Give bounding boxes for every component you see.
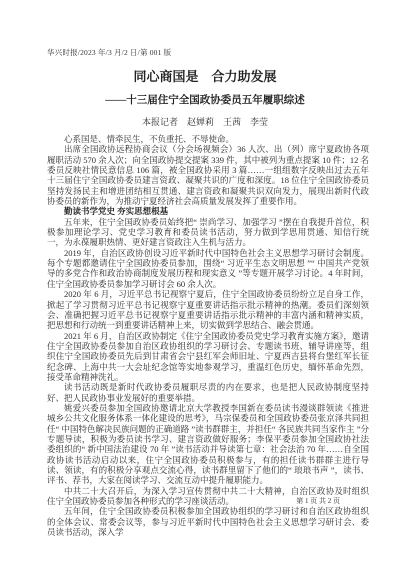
page-number-indicator: 第 1 页 共 2 页	[47, 497, 340, 506]
article-subtitle: ——十三届住宁全国政协委员五年履职综述	[0, 95, 410, 107]
document-page: 华兴时报/2023 年/3 月/2 日/第 001 版 同心商国是 合力助发展 …	[0, 0, 410, 580]
section-heading: 勤读书学党史 夯实思想根基	[47, 206, 369, 216]
body-paragraph: 2021 年 6 月，自治区政协制定《住宁全国政协委员党史学习教育实施方案》，邀…	[47, 331, 369, 383]
body-paragraph: 五年间，住宁全国政协委员积极参加全国政协组织的学习研讨和自治区政协组织的全体会议…	[47, 506, 369, 537]
newspaper-edition-line: 华兴时报/2023 年/3 月/2 日/第 001 版	[47, 48, 171, 57]
body-paragraph: 2020 年 6 月，习近平总书记视察宁夏后，住宁全国政协委员纷纷立足自身工作，…	[47, 289, 369, 330]
body-paragraph: 读书活动既是新时代政协委员履职尽责的内在要求，也是把人民政协制度坚持好、把人民政…	[47, 382, 369, 403]
article-byline: 本报记者 赵婵莉 王茜 李莹	[0, 117, 410, 128]
body-paragraph: 2019 年，自治区政协创设习近平新时代中国特色社会主义思想学习研讨会制度。每个…	[47, 248, 369, 289]
article-title: 同心商国是 合力助发展	[0, 69, 410, 84]
body-paragraph: 五年来，住宁全国政协委员始终把“ 崇尚学习、加强学习 ”摆在自我提升首位，积极参…	[47, 217, 369, 248]
body-paragraph: 姚爱兴委员参加全国政协邀请北京大学教授李国新在委员读书漫谈群领读《推进城乡公共文…	[47, 403, 369, 486]
article-body: 心系国是、情牵民生，不负重托、不辱使命。出席全国政协远程协商会议（分会场视频会）…	[47, 134, 369, 537]
body-paragraph: 出席全国政协远程协商会议（分会场视频会）36 人次、出（列）席宁夏政协各项履职活…	[47, 144, 369, 206]
body-paragraph: 心系国是、情牵民生，不负重托、不辱使命。	[47, 134, 369, 144]
